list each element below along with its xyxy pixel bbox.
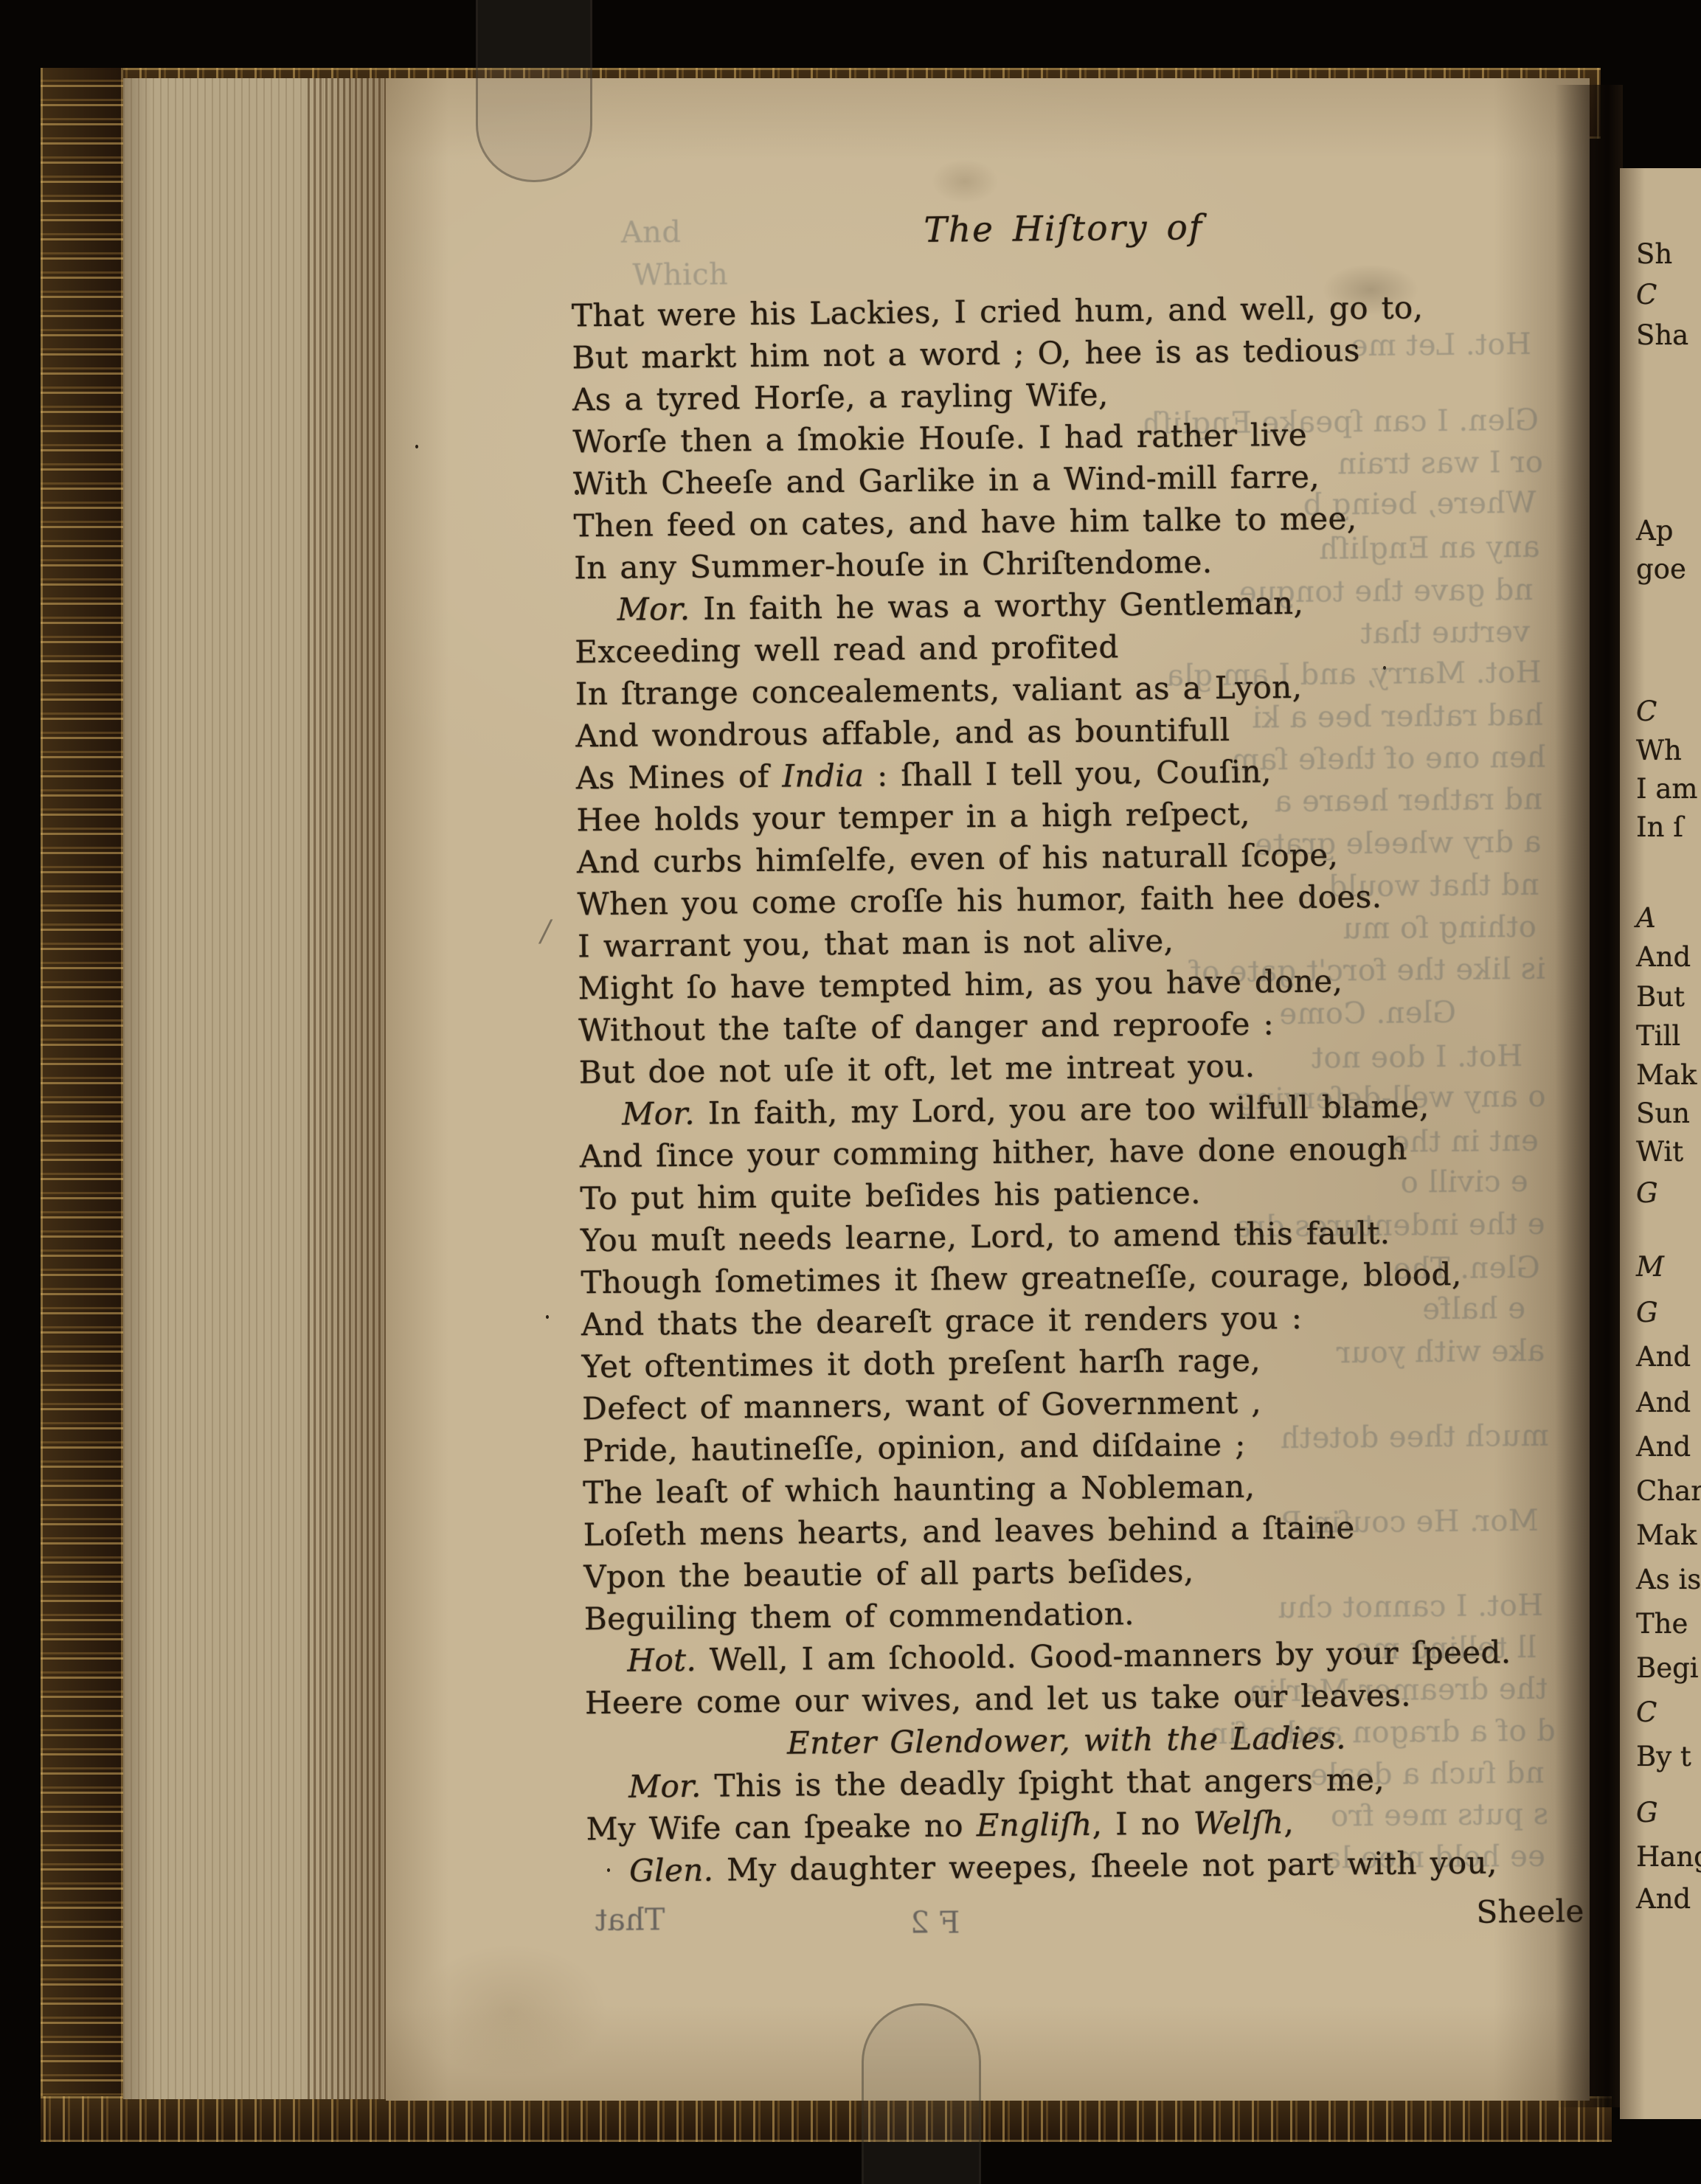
roman-text: In faith, my Lord, you are too wilfull b… (708, 1088, 1430, 1131)
roman-text: Exceeding well read and profited (575, 628, 1119, 670)
facing-page-text-fragment: C (1636, 1696, 1657, 1728)
facing-page-text-fragment: Sh (1636, 238, 1672, 270)
roman-text: This is the deadly ſpight that angers me… (714, 1761, 1385, 1804)
catchword: Sheele (587, 1893, 1584, 1938)
italic-text: India (782, 758, 864, 794)
facing-page: ShCShaApgoeCWhI amIn ſAAndButTillMakSunW… (1620, 168, 1701, 2119)
roman-text: , (1283, 1804, 1294, 1840)
roman-text: Yet oftentimes it doth preſent harſh rag… (581, 1342, 1261, 1384)
roman-text: Vpon the beautie of all parts beſides, (583, 1553, 1194, 1595)
roman-text: , I no (1092, 1805, 1194, 1842)
book-photograph: AndWhichHot. Let meGlen. I can ſpeake En… (0, 0, 1701, 2184)
facing-page-text-fragment: Ap (1636, 515, 1673, 547)
facing-page-text-fragment: Sun (1636, 1098, 1690, 1129)
roman-text: Without the taſte of danger and reproofe… (578, 1005, 1274, 1048)
roman-text: In any Summer-houſe in Chriſtendome. (574, 544, 1213, 586)
facing-page-text-fragment: M (1636, 1251, 1664, 1283)
roman-text: Might ſo have tempted him, as you have d… (578, 963, 1343, 1006)
italic-text: Engliſh (976, 1806, 1092, 1844)
polyester-tab-top (476, 0, 592, 182)
roman-text: And wondrous affable, and as bountifull (575, 712, 1230, 755)
roman-text: Though ſometimes it ſhew greatneſſe, cou… (581, 1256, 1462, 1300)
binding-border-bottom (41, 2096, 1612, 2142)
roman-text: Loſeth mens hearts, and leaves behind a … (583, 1509, 1355, 1553)
facing-page-text-fragment: The (1636, 1608, 1688, 1640)
roman-text: With Cheeſe and Garlike in a Wind-mill f… (573, 459, 1320, 502)
roman-text: And thats the deareſt grace it renders y… (581, 1300, 1303, 1342)
facing-page-text-fragment: A (1636, 902, 1656, 934)
facing-page-text-fragment: Char (1636, 1475, 1701, 1507)
facing-page-text-fragment: By t (1636, 1741, 1691, 1772)
facing-page-text-fragment: But (1636, 981, 1685, 1013)
facing-page-text-fragment: And (1636, 1341, 1691, 1373)
book-page: AndWhichHot. Let meGlen. I can ſpeake En… (386, 78, 1590, 2101)
running-title: The Hiſtory of (571, 204, 1556, 254)
roman-text: Hee holds your temper in a high reſpect, (576, 796, 1250, 839)
roman-text: My Wife can ſpeake no (586, 1807, 977, 1847)
facing-page-text-fragment: And (1636, 1883, 1691, 1915)
page-edge-stack (123, 78, 389, 2099)
page-edge-dense-band (308, 78, 389, 2099)
facing-page-text-fragment: Till (1636, 1020, 1680, 1052)
bleedthrough-text: Which (632, 257, 728, 292)
roman-text: As a tyred Horſe, a rayling Wife, (572, 376, 1109, 417)
facing-page-text-fragment: G (1636, 1177, 1658, 1209)
facing-page-text-fragment: Sha (1636, 319, 1688, 351)
facing-page-text-fragment: Wh (1636, 735, 1682, 766)
roman-text: : ſhall I tell you, Couſin, (864, 753, 1272, 793)
italic-text: Mor. (617, 591, 703, 628)
facing-page-text-fragment: Mak (1636, 1519, 1697, 1551)
roman-text: Worſe then a ſmokie Houſe. I had rather … (572, 417, 1307, 460)
roman-text: But doe not uſe it oft, let me intreat y… (579, 1048, 1255, 1091)
italic-text: Glen. (629, 1851, 727, 1888)
facing-page-text-fragment: And (1636, 1431, 1691, 1463)
facing-page-text-fragment: C (1636, 696, 1657, 727)
page-content: AndWhichHot. Let meGlen. I can ſpeake En… (376, 72, 1599, 2107)
verse-line: Glen. My daughter weepes, ſheele not par… (586, 1840, 1579, 1892)
roman-text: Then feed on cates, and have him talke t… (573, 500, 1357, 544)
gutter-shadow (1555, 85, 1623, 2107)
margin-mark: ∕ (541, 915, 551, 949)
roman-text: In faith he was a worthy Gentleman, (703, 585, 1303, 627)
facing-page-text-fragment: Begi (1636, 1652, 1699, 1684)
facing-page-text-fragment: In ſ (1636, 811, 1683, 843)
facing-page-text-fragment: Hang (1636, 1841, 1701, 1873)
roman-text: To put him quite beſides his patience. (580, 1174, 1201, 1216)
roman-text: That were his Lackies, I cried hum, and … (572, 289, 1424, 333)
roman-text: Enter Glendower, with the Ladies. (787, 1719, 1346, 1761)
roman-text: I warrant you, that man is not alive, (578, 923, 1174, 965)
roman-text: The leaſt of which haunting a Nobleman, (583, 1469, 1255, 1511)
roman-text: My daughter weepes, ſheele not part with… (727, 1844, 1497, 1887)
roman-text: Beguiling them of commendation. (584, 1595, 1135, 1637)
facing-page-text-fragment: I am (1636, 773, 1698, 805)
roman-text: As Mines of (576, 758, 783, 797)
italic-text: Mor. (628, 1768, 715, 1805)
text-block: That were his Lackies, I cried hum, and … (572, 285, 1579, 1892)
roman-text: When you come croſſe his humor, faith he… (577, 878, 1382, 922)
italic-text: Welſh (1193, 1804, 1283, 1841)
polyester-tab-bottom (862, 2003, 981, 2184)
roman-text: Heere come our wives, and let us take ou… (585, 1677, 1411, 1722)
roman-text: You muſt needs learne, Lord, to amend th… (581, 1215, 1390, 1259)
facing-page-text-fragment: And (1636, 1387, 1691, 1418)
facing-page-text-fragment: goe (1636, 553, 1686, 585)
facing-page-text-fragment: And (1636, 941, 1691, 973)
facing-page-text-fragment: As is (1636, 1564, 1701, 1595)
facing-page-text-fragment: G (1636, 1297, 1658, 1328)
roman-text: In ſtrange concealements, valiant as a L… (575, 669, 1303, 712)
italic-text: Hot. (627, 1642, 710, 1679)
italic-text: Mor. (622, 1095, 708, 1132)
binding-border-left (41, 68, 123, 2142)
facing-page-text-fragment: C (1636, 279, 1657, 311)
facing-page-text-fragment: Wit (1636, 1136, 1683, 1168)
roman-text: But markt him not a word ; O, hee is as … (572, 332, 1360, 375)
roman-text: Well, I am ſchoold. Good-manners by your… (710, 1634, 1511, 1677)
facing-page-text-fragment: G (1636, 1797, 1658, 1828)
roman-text: And curbs himſelfe, even of his naturall… (577, 836, 1339, 880)
roman-text: Pride, hautineſſe, opinion, and diſdaine… (582, 1426, 1246, 1469)
roman-text: And ſince your comming hither, have done… (580, 1131, 1407, 1175)
roman-text: Defect of manners, want of Government , (582, 1384, 1261, 1426)
facing-page-text-fragment: Mak (1636, 1059, 1697, 1091)
